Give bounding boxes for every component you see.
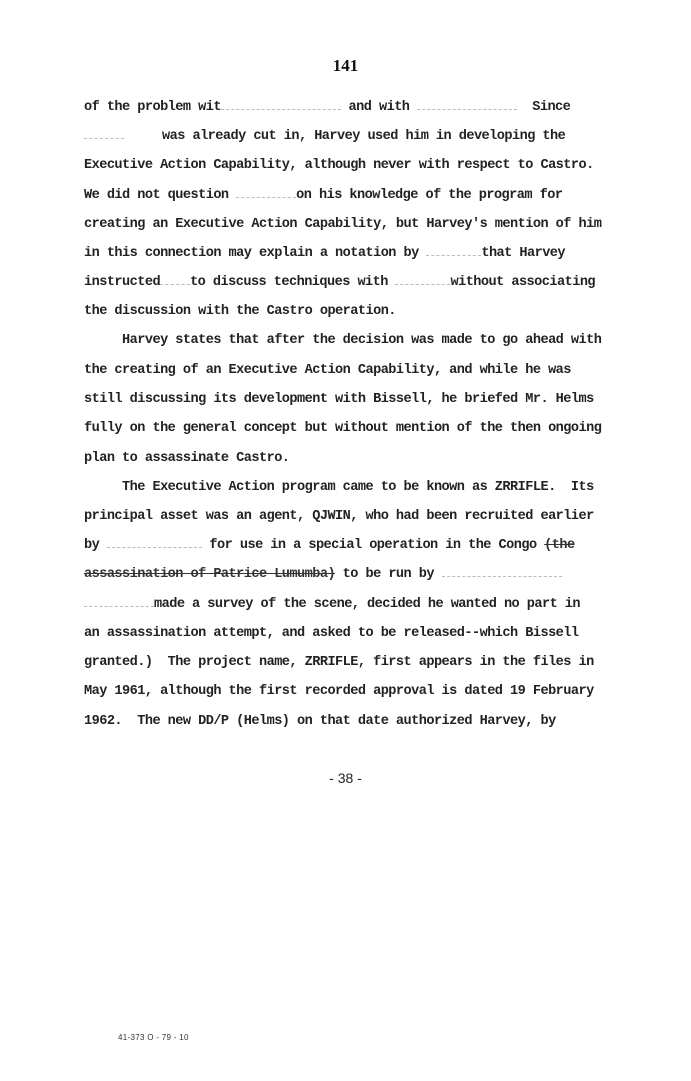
text-line: principal asset was an agent, QJWIN, who… bbox=[84, 509, 594, 525]
text-segment: of the problem wit bbox=[84, 100, 221, 115]
text-line: the discussion with the Castro operation… bbox=[84, 304, 396, 320]
text-line: Executive Action Capability, although ne… bbox=[84, 158, 594, 174]
redaction bbox=[426, 246, 481, 256]
text-segment: by bbox=[84, 538, 107, 553]
page-number-top: 141 bbox=[0, 56, 691, 76]
text-segment: in this connection may explain a notatio… bbox=[84, 246, 426, 261]
text-line: May 1961, although the first recorded ap… bbox=[84, 684, 594, 700]
text-line: We did not question on his knowledge of … bbox=[84, 188, 562, 204]
struck-text: (the bbox=[544, 538, 574, 553]
text-line: creating an Executive Action Capability,… bbox=[84, 217, 601, 233]
text-segment: Executive Action Capability, although ne… bbox=[84, 158, 594, 173]
text-line: by for use in a special operation in the… bbox=[84, 538, 575, 554]
text-segment: 1962. The new DD/P (Helms) on that date … bbox=[84, 714, 556, 729]
text-segment: made a survey of the scene, decided he w… bbox=[154, 597, 580, 612]
redaction bbox=[236, 188, 296, 198]
redaction bbox=[84, 129, 124, 139]
struck-text: assassination of Patrice Lumumba) bbox=[84, 567, 335, 582]
footer-page-number: - 38 - bbox=[0, 770, 691, 786]
text-segment: that Harvey bbox=[481, 246, 565, 261]
text-line: made a survey of the scene, decided he w… bbox=[84, 597, 580, 613]
redaction bbox=[221, 100, 341, 110]
redaction bbox=[417, 100, 517, 110]
redaction bbox=[107, 538, 202, 548]
text-segment: still discussing its development with Bi… bbox=[84, 392, 594, 407]
text-line: fully on the general concept but without… bbox=[84, 421, 601, 437]
text-segment: May 1961, although the first recorded ap… bbox=[84, 684, 594, 699]
text-line: plan to assassinate Castro. bbox=[84, 451, 289, 467]
text-line: in this connection may explain a notatio… bbox=[84, 246, 565, 262]
text-line: still discussing its development with Bi… bbox=[84, 392, 594, 408]
text-segment: The Executive Action program came to be … bbox=[84, 480, 594, 495]
text-segment: Since bbox=[517, 100, 570, 115]
text-segment: was already cut in, Harvey used him in d… bbox=[124, 129, 565, 144]
text-line: instructedto discuss techniques with wit… bbox=[84, 275, 595, 291]
text-line: The Executive Action program came to be … bbox=[84, 480, 594, 496]
text-segment: to discuss techniques with bbox=[190, 275, 395, 290]
text-segment: fully on the general concept but without… bbox=[84, 421, 601, 436]
text-segment: to be run by bbox=[335, 567, 442, 582]
text-line: 1962. The new DD/P (Helms) on that date … bbox=[84, 714, 556, 730]
print-code: 41-373 O - 79 - 10 bbox=[118, 1033, 189, 1042]
text-segment: an assassination attempt, and asked to b… bbox=[84, 626, 579, 641]
text-line: the creating of an Executive Action Capa… bbox=[84, 363, 571, 379]
text-segment: instructed bbox=[84, 275, 160, 290]
redaction bbox=[395, 275, 450, 285]
text-line: Harvey states that after the decision wa… bbox=[84, 333, 601, 349]
text-segment: plan to assassinate Castro. bbox=[84, 451, 289, 466]
text-segment: for use in a special operation in the Co… bbox=[202, 538, 544, 553]
text-segment: the creating of an Executive Action Capa… bbox=[84, 363, 571, 378]
text-line: was already cut in, Harvey used him in d… bbox=[84, 129, 565, 145]
text-segment: principal asset was an agent, QJWIN, who… bbox=[84, 509, 594, 524]
text-segment: the discussion with the Castro operation… bbox=[84, 304, 396, 319]
text-line: assassination of Patrice Lumumba) to be … bbox=[84, 567, 562, 583]
redaction bbox=[160, 275, 190, 285]
text-segment: creating an Executive Action Capability,… bbox=[84, 217, 601, 232]
text-line: of the problem wit and with Since bbox=[84, 100, 570, 116]
redaction bbox=[442, 567, 562, 577]
text-segment: We did not question bbox=[84, 188, 236, 203]
text-segment: without associating bbox=[450, 275, 595, 290]
text-segment: granted.) The project name, ZRRIFLE, fir… bbox=[84, 655, 594, 670]
redaction bbox=[84, 597, 154, 607]
text-segment: Harvey states that after the decision wa… bbox=[84, 333, 601, 348]
text-segment: and with bbox=[341, 100, 417, 115]
text-line: granted.) The project name, ZRRIFLE, fir… bbox=[84, 655, 594, 671]
text-line: an assassination attempt, and asked to b… bbox=[84, 626, 579, 642]
text-segment: on his knowledge of the program for bbox=[296, 188, 562, 203]
